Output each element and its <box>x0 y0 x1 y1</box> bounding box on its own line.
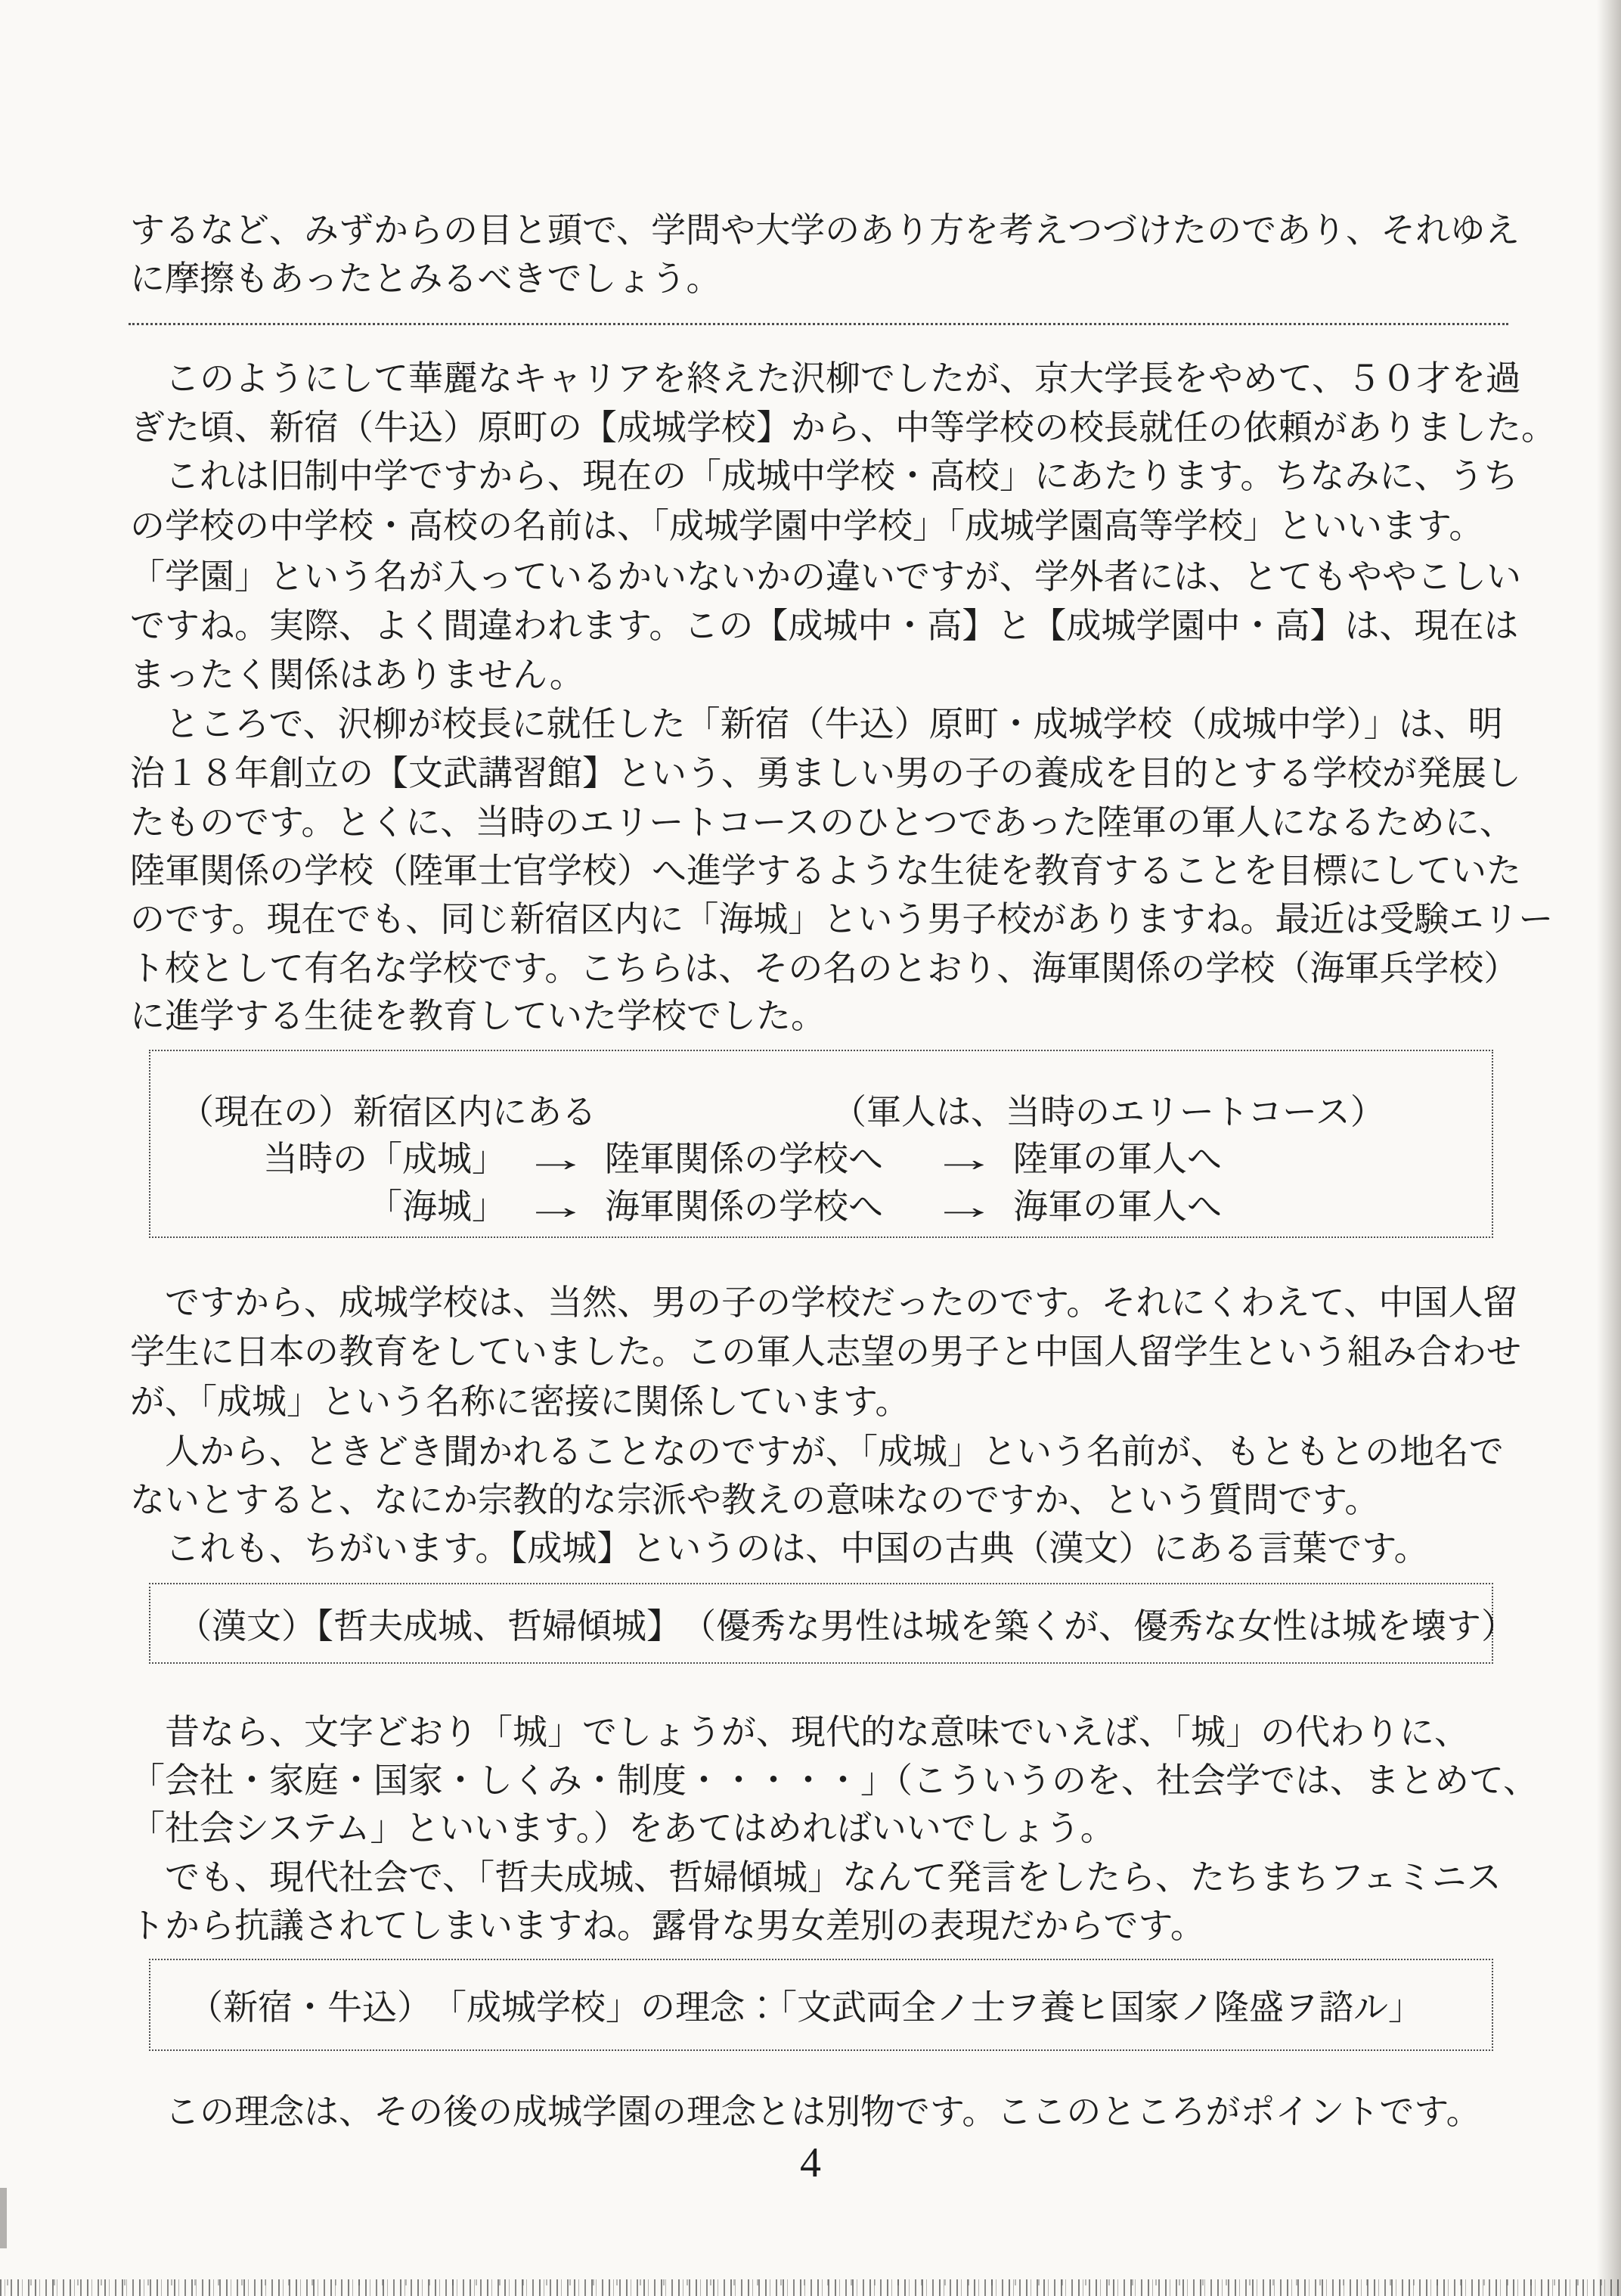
arrow-right-icon: → <box>507 1139 605 1179</box>
school-principle-text: （新宿・牛込） 「成城学校」の理念：「文武両全ノ士ヲ養ヒ国家ノ隆盛ヲ諮ル」 <box>150 1960 1530 2049</box>
flow-school: 陸軍関係の学校へ <box>605 1131 915 1181</box>
body-line: に摩擦もあったとみるべきでしょう。 <box>130 258 721 299</box>
body-line: するなど、みずからの目と頭で、学問や大学のあり方を考えつづけたのであり、それゆえ <box>130 209 1520 251</box>
kanbun-quote-text: （漢文）【哲夫成城、哲婦傾城】 （優秀な男性は城を築くが、優秀な女性は城を壊す） <box>150 1584 1518 1662</box>
dotted-separator <box>129 323 1508 325</box>
arrow-right-icon: → <box>915 1139 1013 1179</box>
body-line: ですね。実際、よく間違われます。この【成城中・高】と【成城学園中・高】は、現在は <box>130 605 1518 647</box>
kanbun-quote-box: （漢文）【哲夫成城、哲婦傾城】 （優秀な男性は城を築くが、優秀な女性は城を壊す） <box>149 1583 1493 1664</box>
scan-noise-band <box>0 2279 1621 2285</box>
schools-flow-box: （現在の）新宿区内にある （軍人は、当時のエリートコース） 当時の「成城」 → … <box>149 1050 1493 1238</box>
body-line: このようにして華麗なキャリアを終えた沢柳でしたが、京大学長をやめて、５０才を過 <box>165 358 1520 399</box>
body-line: ト校として有名な学校です。こちらは、その名のとおり、海軍関係の学校（海軍兵学校） <box>130 948 1518 989</box>
flow-source: 当時の「成城」 <box>150 1131 507 1181</box>
scanned-document-page: するなど、みずからの目と頭で、学問や大学のあり方を考えつづけたのであり、それゆえ… <box>0 0 1621 2296</box>
scan-edge-shadow <box>1597 0 1621 2296</box>
box1-header-right: （軍人は、当時のエリートコース） <box>832 1084 1385 1134</box>
body-line: の学校の中学校・高校の名前は、「成城学園中学校」「成城学園高等学校」といいます。 <box>130 505 1483 547</box>
body-line: これも、ちがいます。【成城】というのは、中国の古典（漢文）にある言葉です。 <box>165 1528 1429 1569</box>
body-line: 治１８年創立の【文武講習館】という、勇ましい男の子の養成を目的とする学校が発展し <box>130 752 1521 794</box>
body-line: 「会社・家庭・国家・しくみ・制度・・・・・」（こういうのを、社会学では、まとめて… <box>130 1760 1538 1801</box>
flow-source: 「海城」 <box>150 1179 507 1229</box>
body-line: まったく関係はありません。 <box>130 654 584 696</box>
scan-edge-mark <box>0 2188 7 2248</box>
body-line: トから抗議されてしまいますね。露骨な男女差別の表現だからです。 <box>130 1905 1205 1947</box>
body-line: ないとすると、なにか宗教的な宗派や教えの意味なのですか、という質問です。 <box>130 1479 1379 1521</box>
school-principle-box: （新宿・牛込） 「成城学校」の理念：「文武両全ノ士ヲ養ヒ国家ノ隆盛ヲ諮ル」 <box>149 1959 1493 2051</box>
body-line: ところで、沢柳が校長に就任した「新宿（牛込）原町・成城学校（成城中学）」は、明 <box>165 703 1503 745</box>
body-line: 昔なら、文字どおり「城」でしょうが、現代的な意味でいえば、「城」の代わりに、 <box>165 1711 1469 1753</box>
body-line: 人から、ときどき聞かれることなのですが、「成城」という名前が、もともとの地名で <box>165 1431 1504 1472</box>
body-line: 陸軍関係の学校（陸軍士官学校）へ進学するような生徒を教育することを目標にしていた <box>130 850 1521 892</box>
body-line: たものです。とくに、当時のエリートコースのひとつであった陸軍の軍人になるために、 <box>130 802 1514 843</box>
body-line: 学生に日本の教育をしていました。この軍人志望の男子と中国人留学生という組み合わせ <box>130 1331 1521 1373</box>
flow-row-kaijo: 「海城」 → 海軍関係の学校へ → 海軍の軍人へ <box>150 1179 1492 1229</box>
body-line: のです。現在でも、同じ新宿区内に「海城」という男子校がありますね。最近は受験エリ… <box>130 898 1553 940</box>
flow-row-seijo: 当時の「成城」 → 陸軍関係の学校へ → 陸軍の軍人へ <box>150 1131 1492 1181</box>
body-line: ですから、成城学校は、当然、男の子の学校だったのです。それにくわえて、中国人留 <box>165 1282 1517 1323</box>
arrow-right-icon: → <box>915 1187 1013 1227</box>
body-line: この理念は、その後の成城学園の理念とは別物です。ここのところがポイントです。 <box>165 2091 1481 2133</box>
page-number: 4 <box>0 2139 1621 2187</box>
body-line: でも、現代社会で、「哲夫成城、哲婦傾城」なんて発言をしたら、たちまちフェミニス <box>165 1857 1502 1898</box>
flow-career: 海軍の軍人へ <box>1013 1179 1492 1229</box>
body-line: が、「成城」という名称に密接に関係しています。 <box>130 1381 910 1423</box>
arrow-right-icon: → <box>507 1187 605 1227</box>
body-line: に進学する生徒を教育していた学校でした。 <box>130 995 826 1037</box>
flow-career: 陸軍の軍人へ <box>1013 1131 1492 1181</box>
body-line: 「学園」という名が入っているかいないかの違いですが、学外者には、とてもややこしい <box>130 556 1521 597</box>
body-line: ぎた頃、新宿（牛込）原町の【成城学校】から、中等学校の校長就任の依頼がありました… <box>130 407 1556 448</box>
box1-header-left: （現在の）新宿区内にある <box>179 1084 597 1134</box>
body-line: 「社会システム」といいます。）をあてはめればいいでしょう。 <box>130 1807 1115 1849</box>
flow-school: 海軍関係の学校へ <box>605 1179 915 1229</box>
body-line: これは旧制中学ですから、現在の「成城中学校・高校」にあたります。ちなみに、うち <box>165 455 1518 497</box>
